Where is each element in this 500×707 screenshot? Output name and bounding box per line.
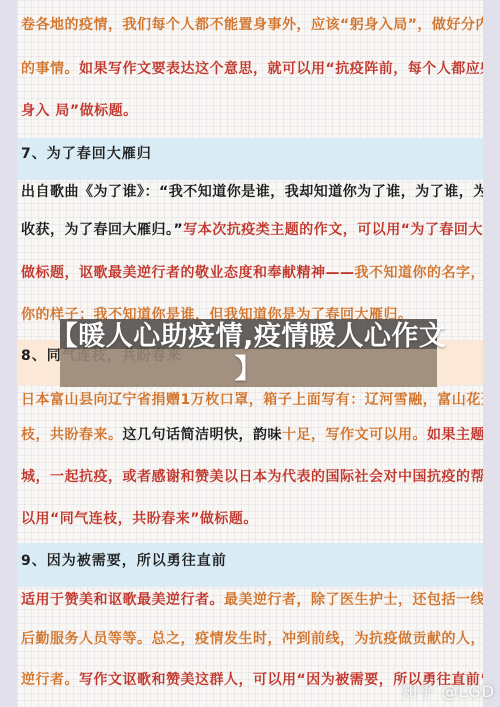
text-segment: 卷各地的疫情，我们每个人都不能置身事外，应该“躬身入局”，做好分内 [21, 17, 483, 33]
section-8-line-4: 以用“同气连枝，共盼春来”做标题。 [21, 510, 481, 528]
text-segment: 枝，共盼春来。 [21, 427, 123, 443]
text-segment: 十足，写作文可以用。 [282, 427, 427, 443]
overlay-title-line-1: 【暖人心助疫情,疫情暖人心作文 [51, 320, 447, 353]
section-8-line-3: 城，一起抗疫，或者感谢和赞美以日本为代表的国际社会对中国抗疫的帮助，就可 [21, 468, 481, 486]
section-7-line-1: 出自歌曲《为了谁》：“我不知道你是谁，我却知道你为了谁，为了谁，为了秋的 [21, 183, 481, 201]
intro-line-1: 卷各地的疫情，我们每个人都不能置身事外，应该“躬身入局”，做好分内 [21, 16, 481, 34]
intro-line-2: 的事情。如果写作文要表达这个意思，就可以用“抗疫阵前，每个人都应躬 [21, 60, 481, 78]
caption-overlay-banner: 【暖人心助疫情,疫情暖人心作文 】 [60, 319, 437, 387]
text-segment: 后勤服务人员等等。总之，疫情发生时，冲到前线，为抗疫做贡献的人，都是最美 [21, 631, 483, 647]
overlay-title-line-2: 】 [235, 353, 263, 386]
text-segment: 如果主题是众志成 [427, 427, 483, 443]
text-segment: 适用于赞美和讴歌最美逆行者。 [21, 592, 224, 608]
text-segment: 最美逆行者，除了医生护士，还包括一线防疫人员、 [224, 592, 483, 608]
text-segment: 身入 局”做标题。 [21, 103, 138, 119]
section-9-line-1: 适用于赞美和讴歌最美逆行者。最美逆行者，除了医生护士，还包括一线防疫人员、 [21, 591, 481, 609]
text-segment: 逆行者。 [21, 672, 79, 688]
text-segment: 这几句话简洁明快，韵味 [123, 427, 283, 443]
zhihu-watermark: 知乎 @LGD [401, 679, 495, 702]
section-9-line-2: 后勤服务人员等等。总之，疫情发生时，冲到前线，为抗疫做贡献的人，都是最美 [21, 630, 481, 648]
text-segment: 我不知道你的名字，但我记得 [355, 265, 484, 281]
text-segment: 做标题，讴歌最美逆行者的敬业态度和奉献精神—— [21, 265, 355, 281]
text-segment: 写本次抗疫类主题的作文，可以用“为了春回大雁归” [183, 222, 483, 238]
text-segment: 收获，为了春回大雁归。” [21, 222, 183, 238]
section-8-line-1: 日本富山县向辽宁省捐赠1万枚口罩，箱子上面写有：辽河雪融，富山花开；同气连 [21, 391, 481, 409]
section-8-line-2: 枝，共盼春来。这几句话简洁明快，韵味十足，写作文可以用。如果主题是众志成 [21, 426, 481, 444]
section-7-line-3: 做标题，讴歌最美逆行者的敬业态度和奉献精神——我不知道你的名字，但我记得 [21, 264, 481, 282]
text-segment: 如果写作文要表达这个意思，就可以用“抗疫阵前，每个人都应躬 [79, 61, 483, 77]
text-segment: 出自歌曲《为了谁》：“我不知道你是谁，我却知道你为了谁，为了谁，为了秋的 [21, 184, 483, 200]
text-segment: 的事情。 [21, 61, 79, 77]
section-7-header: 7、为了春回大雁归 [17, 138, 483, 180]
section-9-header: 9、因为被需要，所以勇往直前 [17, 543, 483, 587]
text-segment: 以用“同气连枝，共盼春来”做标题。 [21, 511, 258, 527]
text-segment: 城，一起抗疫，或者感谢和赞美以日本为代表的国际社会对中国抗疫的帮助，就可 [21, 469, 483, 485]
intro-line-3: 身入 局”做标题。 [21, 102, 481, 120]
section-9-title: 9、因为被需要，所以勇往直前 [21, 553, 227, 569]
text-segment: 日本富山县向辽宁省捐赠1万枚口罩，箱子上面写有：辽河雪融，富山花开；同气连 [21, 392, 483, 408]
section-7-line-2: 收获，为了春回大雁归。”写本次抗疫类主题的作文，可以用“为了春回大雁归” [21, 221, 481, 239]
section-7-title: 7、为了春回大雁归 [21, 146, 152, 162]
